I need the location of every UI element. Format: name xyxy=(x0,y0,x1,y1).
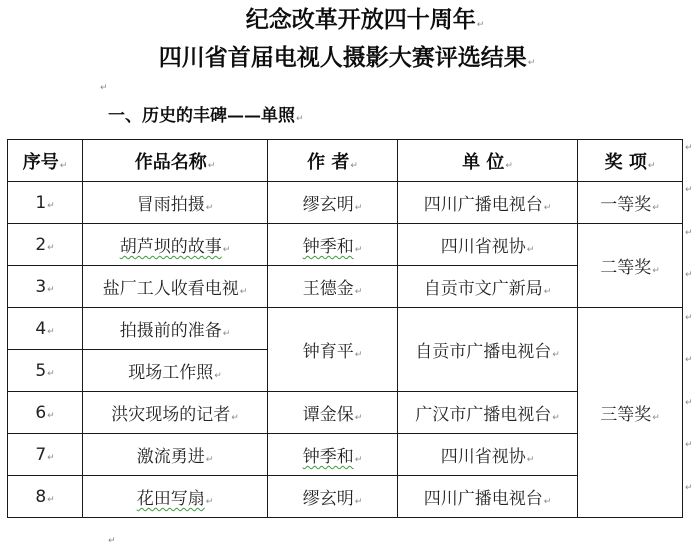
document-title-line-2: 四川省首届电视人摄影大赛评选结果↵ xyxy=(0,43,694,78)
paragraph-mark-icon: ↵ xyxy=(544,497,552,507)
paragraph-mark-icon: ↵ xyxy=(355,350,363,360)
paragraph-mark-icon: ↵ xyxy=(47,201,55,211)
cell-no: 7↵ xyxy=(8,434,83,476)
paragraph-mark-icon: ↵ xyxy=(214,371,222,381)
paragraph-mark-icon: ↵ xyxy=(355,497,363,507)
cell-award-merged: 三等奖↵ xyxy=(578,308,683,518)
paragraph-mark-icon: ↵ xyxy=(528,58,536,68)
paragraph-mark-icon: ↵ xyxy=(350,161,358,171)
paragraph-mark-icon: ↵ xyxy=(355,455,363,465)
cell-author: 王德金↵ xyxy=(268,266,398,308)
paragraph-mark-icon: ↵ xyxy=(652,203,660,213)
title-line-1-text: 纪念改革开放四十周年 xyxy=(246,6,476,33)
paragraph-mark-icon: ↵ xyxy=(652,266,660,276)
paragraph-mark-icon: ↵ xyxy=(223,245,231,255)
spellcheck-underlined-text: 胡芦坝的故事 xyxy=(120,237,222,257)
document-title-line-1: 纪念改革开放四十周年↵ xyxy=(18,5,694,40)
cell-title: 花田写扇↵ xyxy=(83,476,268,518)
paragraph-mark-icon: ↵ xyxy=(47,369,55,379)
cell-unit: 四川省视协↵ xyxy=(398,224,578,266)
spellcheck-underlined-text: 钟季和 xyxy=(303,237,354,257)
paragraph-mark-icon: ↵ xyxy=(527,455,535,465)
row-end-mark-icon: ↵ xyxy=(685,483,693,493)
cell-title: 胡芦坝的故事↵ xyxy=(83,224,268,266)
title-line-2-text: 四川省首届电视人摄影大赛评选结果 xyxy=(159,44,527,71)
cell-no: 8↵ xyxy=(8,476,83,518)
paragraph-mark-icon: ↵ xyxy=(47,495,55,505)
cell-unit-merged: 自贡市广播电视台↵ xyxy=(398,308,578,392)
paragraph-mark-icon: ↵ xyxy=(652,413,660,423)
row-end-mark-icon: ↵ xyxy=(685,398,693,408)
section-heading: 一、历史的丰碑——单照↵ xyxy=(108,104,304,131)
paragraph-mark-icon: ↵ xyxy=(296,114,304,124)
row-end-mark-icon: ↵ xyxy=(685,440,693,450)
cell-no: 6↵ xyxy=(8,392,83,434)
row-end-mark-icon: ↵ xyxy=(685,355,693,365)
row-end-mark-icon: ↵ xyxy=(685,270,693,280)
table-row: 2↵ 胡芦坝的故事↵ 钟季和↵ 四川省视协↵ 二等奖↵ xyxy=(8,224,683,266)
cell-title: 盐厂工人收看电视↵ xyxy=(83,266,268,308)
paragraph-mark-icon: ↵ xyxy=(355,413,363,423)
paragraph-mark-icon: ↵ xyxy=(544,203,552,213)
paragraph-mark-icon: ↵ xyxy=(355,203,363,213)
paragraph-mark-icon: ↵ xyxy=(505,161,513,171)
paragraph-mark-icon: ↵ xyxy=(231,413,239,423)
paragraph-mark-icon: ↵ xyxy=(47,243,55,253)
cell-unit: 四川广播电视台↵ xyxy=(398,476,578,518)
paragraph-mark-icon: ↵ xyxy=(552,413,560,423)
cell-unit: 四川省视协↵ xyxy=(398,434,578,476)
cell-title: 拍摄前的准备↵ xyxy=(83,308,268,350)
cell-award: 一等奖↵ xyxy=(578,182,683,224)
results-table: 序号↵ 作品名称↵ 作 者↵ 单 位↵ 奖 项↵ 1↵ 冒雨拍摄↵ 缪玄明↵ 四… xyxy=(7,139,683,518)
section-heading-text: 一、历史的丰碑——单照 xyxy=(108,106,295,126)
cell-title: 冒雨拍摄↵ xyxy=(83,182,268,224)
paragraph-mark-icon: ↵ xyxy=(100,83,108,93)
cell-author: 钟季和↵ xyxy=(268,224,398,266)
header-no: 序号↵ xyxy=(8,140,83,182)
paragraph-mark-icon: ↵ xyxy=(206,203,214,213)
paragraph-mark-icon: ↵ xyxy=(355,245,363,255)
paragraph-mark-icon: ↵ xyxy=(477,20,485,30)
cell-title: 激流勇进↵ xyxy=(83,434,268,476)
row-end-mark-icon: ↵ xyxy=(685,313,693,323)
cell-no: 5↵ xyxy=(8,350,83,392)
paragraph-mark-icon: ↵ xyxy=(47,285,55,295)
header-author: 作 者↵ xyxy=(268,140,398,182)
header-award: 奖 项↵ xyxy=(578,140,683,182)
cell-unit: 自贡市文广新局↵ xyxy=(398,266,578,308)
paragraph-mark-icon: ↵ xyxy=(206,497,214,507)
table-row: 4↵ 拍摄前的准备↵ 钟育平↵ 自贡市广播电视台↵ 三等奖↵ xyxy=(8,308,683,350)
table-row: 1↵ 冒雨拍摄↵ 缪玄明↵ 四川广播电视台↵ 一等奖↵ xyxy=(8,182,683,224)
cell-author: 谭金保↵ xyxy=(268,392,398,434)
paragraph-mark-icon: ↵ xyxy=(47,327,55,337)
paragraph-mark-icon: ↵ xyxy=(223,329,231,339)
cell-no: 4↵ xyxy=(8,308,83,350)
paragraph-mark-icon: ↵ xyxy=(544,287,552,297)
paragraph-mark-icon: ↵ xyxy=(60,161,68,171)
cell-author: 钟季和↵ xyxy=(268,434,398,476)
paragraph-mark-icon: ↵ xyxy=(240,287,248,297)
row-end-mark-icon: ↵ xyxy=(685,143,693,153)
cell-award-merged: 二等奖↵ xyxy=(578,224,683,308)
cell-no: 1↵ xyxy=(8,182,83,224)
cell-title: 洪灾现场的记者↵ xyxy=(83,392,268,434)
paragraph-mark-icon: ↵ xyxy=(108,536,116,546)
row-end-mark-icon: ↵ xyxy=(685,185,693,195)
paragraph-mark-icon: ↵ xyxy=(355,287,363,297)
cell-title: 现场工作照↵ xyxy=(83,350,268,392)
header-title: 作品名称↵ xyxy=(83,140,268,182)
cell-unit: 四川广播电视台↵ xyxy=(398,182,578,224)
paragraph-mark-icon: ↵ xyxy=(648,161,656,171)
cell-unit: 广汉市广播电视台↵ xyxy=(398,392,578,434)
row-end-mark-icon: ↵ xyxy=(685,228,693,238)
cell-no: 2↵ xyxy=(8,224,83,266)
cell-author-merged: 钟育平↵ xyxy=(268,308,398,392)
cell-author: 缪玄明↵ xyxy=(268,476,398,518)
table-header-row: 序号↵ 作品名称↵ 作 者↵ 单 位↵ 奖 项↵ xyxy=(8,140,683,182)
cell-no: 3↵ xyxy=(8,266,83,308)
spellcheck-underlined-text: 花田写扇 xyxy=(137,489,205,509)
paragraph-mark-icon: ↵ xyxy=(47,411,55,421)
header-unit: 单 位↵ xyxy=(398,140,578,182)
paragraph-mark-icon: ↵ xyxy=(208,161,216,171)
paragraph-mark-icon: ↵ xyxy=(527,245,535,255)
cell-author: 缪玄明↵ xyxy=(268,182,398,224)
paragraph-mark-icon: ↵ xyxy=(206,455,214,465)
spellcheck-underlined-text: 钟季和 xyxy=(303,447,354,467)
paragraph-mark-icon: ↵ xyxy=(552,350,560,360)
paragraph-mark-icon: ↵ xyxy=(47,453,55,463)
